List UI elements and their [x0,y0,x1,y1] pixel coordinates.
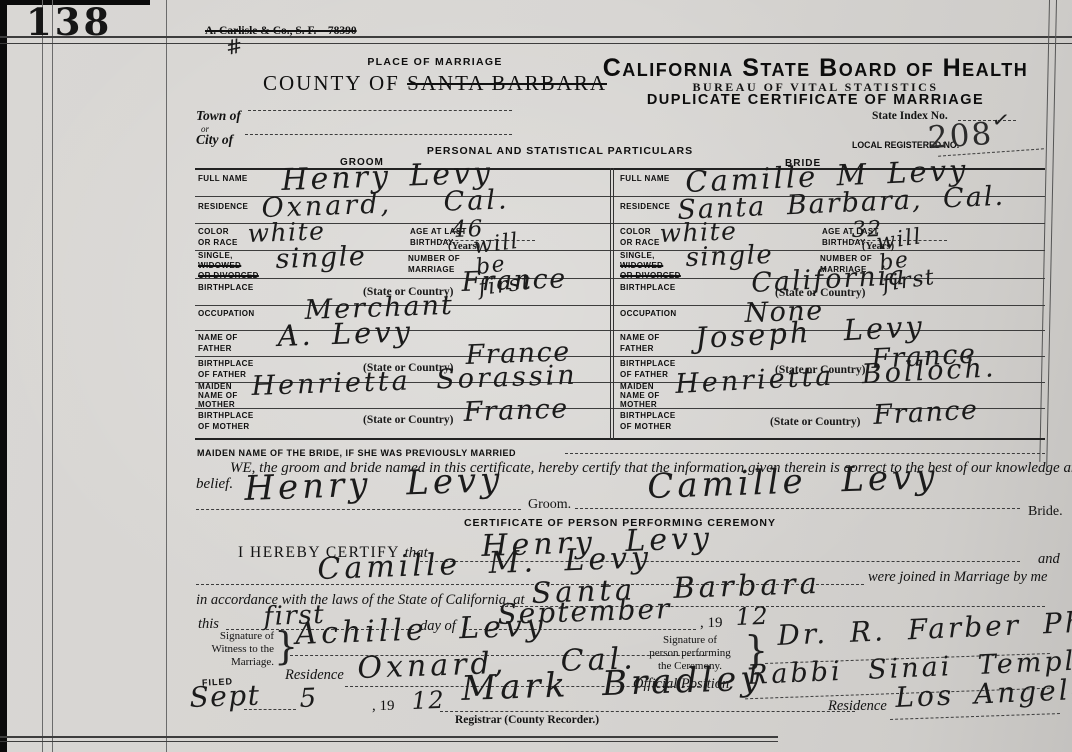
label-line: NAME OF [198,332,238,343]
joined-in-marriage-text: were joined in Marriage by me [868,569,1047,586]
father-birthplace-label-bride: BIRTHPLACE OF FATHER [620,358,676,380]
label-line: Marriage. [186,656,274,669]
ledger-line-1 [42,0,43,752]
label-line: NUMBER OF [408,253,460,264]
witness-signature: Achille Levy [295,611,547,650]
groom-signature-label: Groom. [528,497,571,513]
marital-status-label-bride: SINGLE, WIDOWED OR DIVORCED [620,251,681,281]
ledger-line-3 [166,0,167,752]
father-name-label-bride: NAME OF FATHER [620,332,660,354]
dotted-line [245,134,512,135]
check-mark: ✓ [990,107,1011,134]
table-column-divider-2 [613,168,614,440]
rule-top-1 [0,36,1072,38]
dotted-line [244,709,296,710]
label-line: FATHER [198,343,238,354]
label-line: FATHER [620,343,660,354]
local-registered-number: 208 [927,116,995,156]
label-line: SINGLE, [198,251,259,261]
scan-left-edge [0,0,7,752]
color-race-label-bride: COLOR OR RACE [620,226,660,248]
year-prefix: , 19 [700,615,723,632]
registrar-signature: Mark Bradley [461,661,764,706]
bride-signature: Camille Levy [647,460,939,504]
label-line-struck: WIDOWED [620,261,681,271]
performer-signature: Dr. R. Farber Ph. D. [777,606,1072,650]
label-line: SINGLE, [620,251,681,261]
bride-birthplace-value: California [751,262,908,297]
label-line: OR RACE [620,237,660,248]
occupation-label: OCCUPATION [198,308,255,319]
color-race-label: COLOR OR RACE [198,226,238,248]
town-of-label: Town of [196,108,241,124]
table-bottom-rule [195,438,1045,440]
table-column-divider-1 [610,168,611,440]
rule-bottom-1 [0,736,778,738]
label-line-struck: OR DIVORCED [620,271,681,281]
label-line-struck: OR DIVORCED [198,271,259,281]
label-line: BIRTHPLACE [198,410,254,421]
label-line: Signature of [186,630,274,643]
bride-mother-name-value: Henrietta Bolloch. [675,354,998,398]
label-line: COLOR [620,226,660,237]
dotted-line [196,509,521,510]
filed-year: 12 [411,688,445,713]
groom-marital-value: single [275,243,367,273]
label-line: MARRIAGE [408,264,460,275]
occupation-label-bride: OCCUPATION [620,308,677,319]
mother-birthplace-label-bride: BIRTHPLACE OF MOTHER [620,410,676,432]
county-name-struck: SANTA BARBARA [407,71,607,95]
particulars-title: PERSONAL AND STATISTICAL PARTICULARS [360,145,760,157]
page-number: 138 [26,0,112,44]
bride-mother-birthplace-value: France [873,397,980,429]
label-line: Witness to the [186,643,274,656]
groom-mother-birthplace-value: France [463,395,569,426]
label-line: MOTHER [198,401,238,410]
filed-year-prefix: , 19 [372,698,395,715]
label-line-struck: WIDOWED [198,261,259,271]
and-word: and [1038,551,1060,568]
label-line: COLOR [198,226,238,237]
mother-name-label-bride: MAIDEN NAME OF MOTHER [620,383,660,409]
groom-birthplace-value: France [461,265,567,296]
dotted-line [248,110,512,111]
dotted-line [440,711,855,712]
board-title: California State Board of Health [578,54,1053,83]
dotted-line [890,713,1060,720]
doc-title: DUPLICATE CERTIFICATE OF MARRIAGE [578,92,1053,108]
accordance-text: in accordance with the laws of the State… [196,592,525,609]
label-line: OF MOTHER [620,421,676,432]
label-line: BIRTHPLACE [198,358,254,369]
father-name-label: NAME OF FATHER [198,332,238,354]
witness-residence-label: Residence [285,667,344,684]
filed-day: 5 [299,685,318,712]
rule-top-2 [0,43,1072,44]
groom-father-name-value: A. Levy [277,317,414,351]
label-line: BIRTHPLACE [620,358,676,369]
birthplace-label-bride: BIRTHPLACE [620,282,676,293]
birthplace-label: BIRTHPLACE [198,282,254,293]
label-line: NAME OF [620,332,660,343]
label-line: MOTHER [620,401,660,410]
label-line: OF FATHER [198,369,254,380]
father-birthplace-label: BIRTHPLACE OF FATHER [198,358,254,380]
hash-mark: # [224,35,246,58]
label-line: Signature of [638,634,742,647]
scanned-marriage-certificate: 138 A. Carlisle & Co., S. F.—78390 # PLA… [0,0,1072,752]
label-line: OF FATHER [620,369,676,380]
full-name-label: FULL NAME [198,173,248,184]
full-name-label-bride: FULL NAME [620,173,670,184]
filed-month: Sept [189,682,261,712]
label-line: OR RACE [198,237,238,248]
dotted-line [575,508,1020,509]
mother-birthplace-label: BIRTHPLACE OF MOTHER [198,410,254,432]
groom-signature: Henry Levy [244,463,504,506]
county-line: COUNTY OF SANTA BARBARA [245,71,625,96]
number-of-marriage-label-groom: NUMBER OF MARRIAGE [408,253,460,275]
registrar-label: Registrar (County Recorder.) [455,714,599,726]
performer-residence-label: Residence [828,698,887,715]
state-country-hint-bride-3: (State or Country) [770,416,861,428]
ledger-line-2 [52,0,53,752]
maiden-name-previous-label: MAIDEN NAME OF THE BRIDE, IF SHE WAS PRE… [197,447,516,460]
dotted-line [565,453,1045,454]
certify-statement-line2: belief. [196,476,233,493]
marital-status-label: SINGLE, WIDOWED OR DIVORCED [198,251,259,281]
bride-signature-label: Bride. [1028,504,1063,520]
residence-label: RESIDENCE [198,201,248,212]
witness-signature-label: Signature of Witness to the Marriage. [186,630,274,670]
place-of-marriage-label: PLACE OF MARRIAGE [335,56,535,68]
label-line: BIRTHPLACE [620,410,676,421]
mother-name-label: MAIDEN NAME OF MOTHER [198,383,238,409]
label-line: OF MOTHER [198,421,254,432]
label-line: person performing [638,647,742,660]
city-of-label: City of [196,132,233,148]
county-of-label: COUNTY OF [263,71,400,95]
residence-label-bride: RESIDENCE [620,201,670,212]
state-country-hint-groom-3: (State or Country) [363,414,454,426]
rule-bottom-2 [0,741,778,742]
year-value: 12 [735,604,769,629]
